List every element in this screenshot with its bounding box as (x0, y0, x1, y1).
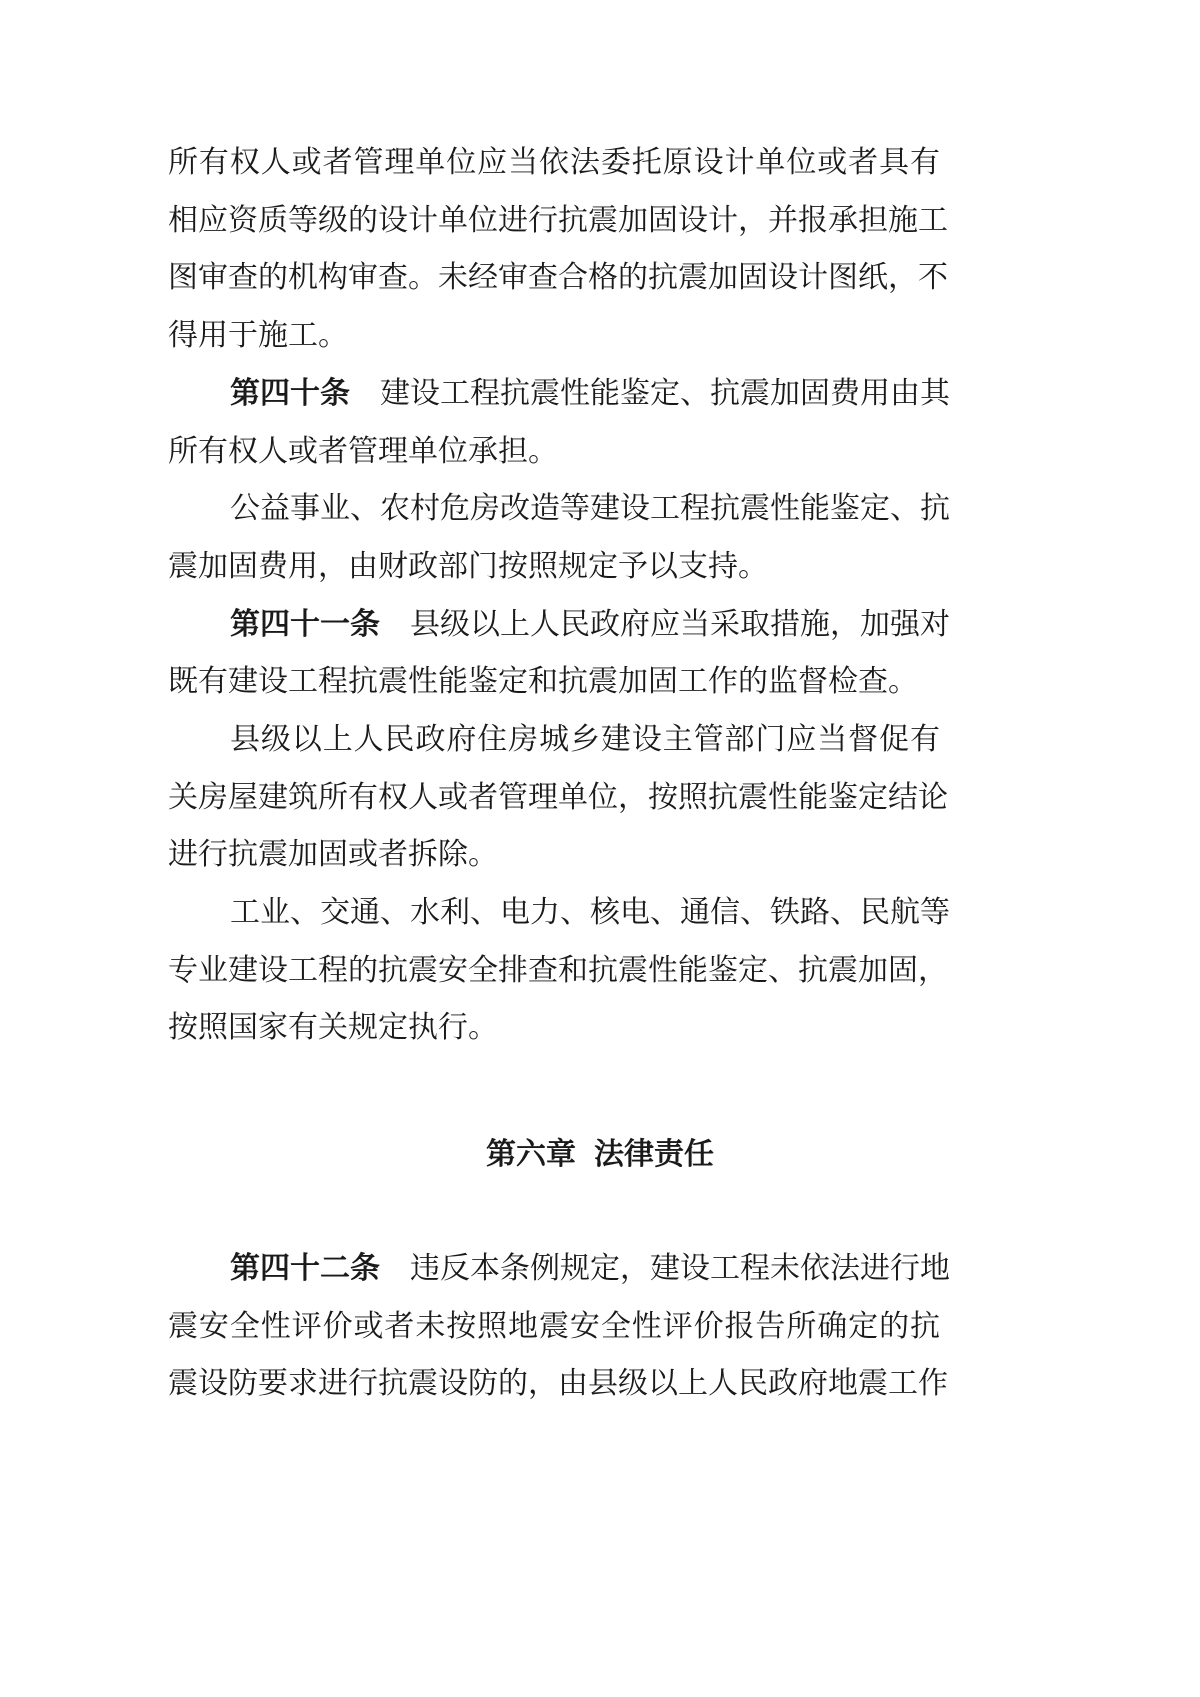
article-41-para3-line-3: 按照国家有关规定执行。 (168, 1008, 940, 1048)
document-page: 所有权人或者管理单位应当依法委托原设计单位或者具有 相应资质等级的设计单位进行抗… (0, 0, 1200, 1697)
article-40-line-1: 第四十条建设工程抗震性能鉴定、抗震加固费用由其 (230, 374, 940, 414)
article-40-para2-line-2: 震加固费用，由财政部门按照规定予以支持。 (168, 547, 940, 587)
paragraph-line: 相应资质等级的设计单位进行抗震加固设计，并报承担施工 (168, 201, 940, 241)
article-41-text: 县级以上人民政府应当采取措施，加强对 (410, 607, 950, 642)
article-41-line-2: 既有建设工程抗震性能鉴定和抗震加固工作的监督检查。 (168, 662, 940, 702)
article-41-line-1: 第四十一条县级以上人民政府应当采取措施，加强对 (230, 605, 940, 645)
paragraph-line: 图审查的机构审查。未经审查合格的抗震加固设计图纸，不 (168, 258, 940, 298)
chapter-heading: 第六章法律责任 (0, 1135, 1200, 1175)
article-42-line-3: 震设防要求进行抗震设防的，由县级以上人民政府地震工作 (168, 1364, 940, 1404)
article-41-para3-line-2: 专业建设工程的抗震安全排查和抗震性能鉴定、抗震加固， (168, 951, 940, 991)
paragraph-line: 得用于施工。 (168, 316, 940, 356)
paragraph-line: 所有权人或者管理单位应当依法委托原设计单位或者具有 (168, 143, 940, 183)
article-42-number: 第四十二条 (230, 1251, 380, 1286)
article-41-number: 第四十一条 (230, 607, 380, 642)
chapter-number: 第六章 (486, 1137, 576, 1172)
article-42-line-1: 第四十二条违反本条例规定，建设工程未依法进行地 (230, 1249, 940, 1289)
chapter-title: 法律责任 (594, 1137, 714, 1172)
article-40-number: 第四十条 (230, 376, 350, 411)
article-41-para2-line-2: 关房屋建筑所有权人或者管理单位，按照抗震性能鉴定结论 (168, 778, 940, 818)
article-40-text: 建设工程抗震性能鉴定、抗震加固费用由其 (380, 376, 950, 411)
article-41-para2-line-3: 进行抗震加固或者拆除。 (168, 835, 940, 875)
article-41-para2-line-1: 县级以上人民政府住房城乡建设主管部门应当督促有 (230, 720, 940, 760)
article-40-para2-line-1: 公益事业、农村危房改造等建设工程抗震性能鉴定、抗 (230, 489, 940, 529)
article-40-line-2: 所有权人或者管理单位承担。 (168, 432, 940, 472)
article-42-line-2: 震安全性评价或者未按照地震安全性评价报告所确定的抗 (168, 1307, 940, 1347)
article-41-para3-line-1: 工业、交通、水利、电力、核电、通信、铁路、民航等 (230, 893, 940, 933)
article-42-text: 违反本条例规定，建设工程未依法进行地 (410, 1251, 950, 1286)
